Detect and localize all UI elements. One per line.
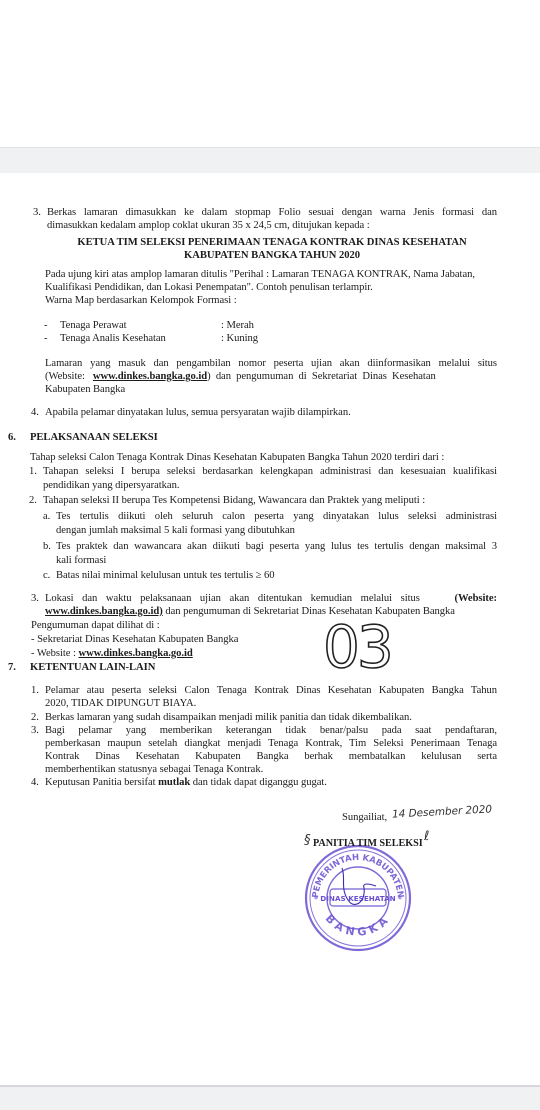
official-stamp-icon: PEMERINTAH KABUPATEN DINAS KESEHATAN BAN… [300,838,416,954]
announcement-website-prefix: - Website : [31,648,79,659]
stage-3-number: 3. [31,592,39,605]
sub-a-line-1: Tes tertulis diikuti oleh seluruh calon … [56,510,497,523]
section-7-title: KETENTUAN LAIN-LAIN [30,661,155,674]
provision-3-line-2: pemberkasan maupun setelah diangkat menj… [45,737,497,750]
application-info-line-2: (Website: www.dinkes.bangka.go.id ) dan … [45,370,497,383]
viewer-bottom-bar [0,1085,540,1110]
announcement-location-1: - Sekretariat Dinas Kesehatan Kabupaten … [31,633,238,646]
handwritten-mark-right-icon: ℓ [424,830,429,843]
provision-4-pre: Keputusan Panitia bersifat [45,777,158,788]
provision-4-text: Keputusan Panitia bersifat mutlak dan ti… [45,776,327,789]
sub-b-line-2: kali formasi [56,554,106,567]
stage-3-website-label: (Website: [454,592,497,605]
stamp-bottom-text: BANGKA [323,912,393,939]
provision-3-line-1: Bagi pelamar yang memberikan keterangan … [45,724,497,737]
stage-2-line-1: Tahapan seleksi II berupa Tes Kompetensi… [43,494,425,507]
item-3-line-1: Berkas lamaran dimasukkan ke dalam stopm… [47,206,497,219]
provision-2-line-1: Berkas lamaran yang sudah disampaikan me… [45,711,412,724]
provision-2-number: 2. [31,711,39,724]
stage-3-text: Lokasi dan waktu pelaksanaan ujian akan … [45,592,420,605]
svg-text:*: * [398,895,402,904]
envelope-instruction-line-1: Pada ujung kiri atas amplop lamaran ditu… [45,268,475,281]
item-3-number: 3. [33,206,41,219]
sub-a-letter: a. [43,510,50,523]
section-6-number: 6. [8,431,16,444]
page-number-mark: 03 [323,618,391,676]
stage-2-number: 2. [29,494,37,507]
sub-c-letter: c. [43,569,50,582]
provision-4-post: dan tidak dapat diganggu gugat. [190,777,327,788]
item-3-line-2: dimasukkan kedalam amplop coklat ukuran … [47,219,370,232]
provision-4-bold: mutlak [158,777,190,788]
application-info-line-1: Lamaran yang masuk dan pengambilan nomor… [45,357,497,370]
stamp-center-text: DINAS KESEHATAN [320,894,395,903]
stage-1-line-1: Tahapan seleksi I berupa seleksi berdasa… [43,465,497,478]
color-dash-2: - [44,332,47,345]
envelope-instruction-line-2: Kualifikasi Pendidikan, dan Lokasi Penem… [45,281,373,294]
folder-color-heading: Warna Map berdasarkan Kelompok Formasi : [45,294,237,307]
svg-text:*: * [314,895,318,904]
sub-c-line-1: Batas nilai minimal kelulusan untuk tes … [56,569,275,582]
provision-4-number: 4. [31,776,39,789]
announcement-location-2: - Website : www.dinkes.bangka.go.id [31,647,193,660]
stage-1-line-2: pendidikan yang dipersyaratkan. [43,479,179,492]
stage-3-suffix: dan pengumuman di Sekretariat Dinas Kese… [163,606,455,617]
signature-place: Sungailiat, [342,811,387,824]
provision-1-line-2: 2020, TIDAK DIPUNGUT BIAYA. [45,697,196,710]
addressee-line-2: KABUPATEN BANGKA TAHUN 2020 [47,249,497,262]
sub-b-line-1: Tes praktek dan wawancara akan diikuti b… [56,540,497,553]
item-4-text: Apabila pelamar dinyatakan lulus, semua … [45,406,351,419]
announcement-website-link[interactable]: www.dinkes.bangka.go.id [79,648,193,659]
stage-3-line-2: www.dinkes.bangka.go.id) dan pengumuman … [45,605,455,618]
section-7-number: 7. [8,661,16,674]
website-suffix: ) dan pengumuman di Sekretariat Dinas Ke… [207,370,436,383]
color-label-perawat: Tenaga Perawat [60,319,127,332]
sub-b-letter: b. [43,540,51,553]
provision-3-line-4: memberhentikan statusnya sebagai Tenaga … [45,763,263,776]
viewer-top-bar [0,147,540,174]
stage-3-website-link[interactable]: www.dinkes.bangka.go.id) [45,606,163,617]
committee-name: PANITIA TIM SELEKSI [313,837,423,850]
handwritten-mark-left-icon: § [304,834,310,847]
provision-1-number: 1. [31,684,39,697]
stage-3-line-1: Lokasi dan waktu pelaksanaan ujian akan … [45,592,497,605]
addressee-line-1: KETUA TIM SELEKSI PENERIMAAN TENAGA KONT… [47,236,497,249]
website-prefix: (Website: [45,370,85,383]
stage-1-number: 1. [29,465,37,478]
website-link[interactable]: www.dinkes.bangka.go.id [93,370,207,383]
provision-1-line-1: Pelamar atau peserta seleksi Calon Tenag… [45,684,497,697]
color-value-merah: : Merah [221,319,254,332]
color-value-kuning: : Kuning [221,332,258,345]
color-label-analis: Tenaga Analis Kesehatan [60,332,166,345]
item-4-number: 4. [31,406,39,419]
provision-3-line-3: Kontrak Dinas Kesehatan Kabupaten Bangka… [45,750,497,763]
provision-3-number: 3. [31,724,39,737]
color-dash-1: - [44,319,47,332]
application-info-line-3: Kabupaten Bangka [45,383,125,396]
svg-text:BANGKA: BANGKA [323,912,393,939]
section-6-title: PELAKSANAAN SELEKSI [30,431,158,444]
section-6-intro: Tahap seleksi Calon Tenaga Kontrak Dinas… [30,451,444,464]
sub-a-line-2: dengan jumlah maksimal 5 kali formasi ya… [56,524,295,537]
announcement-heading: Pengumuman dapat dilihat di : [31,619,160,632]
